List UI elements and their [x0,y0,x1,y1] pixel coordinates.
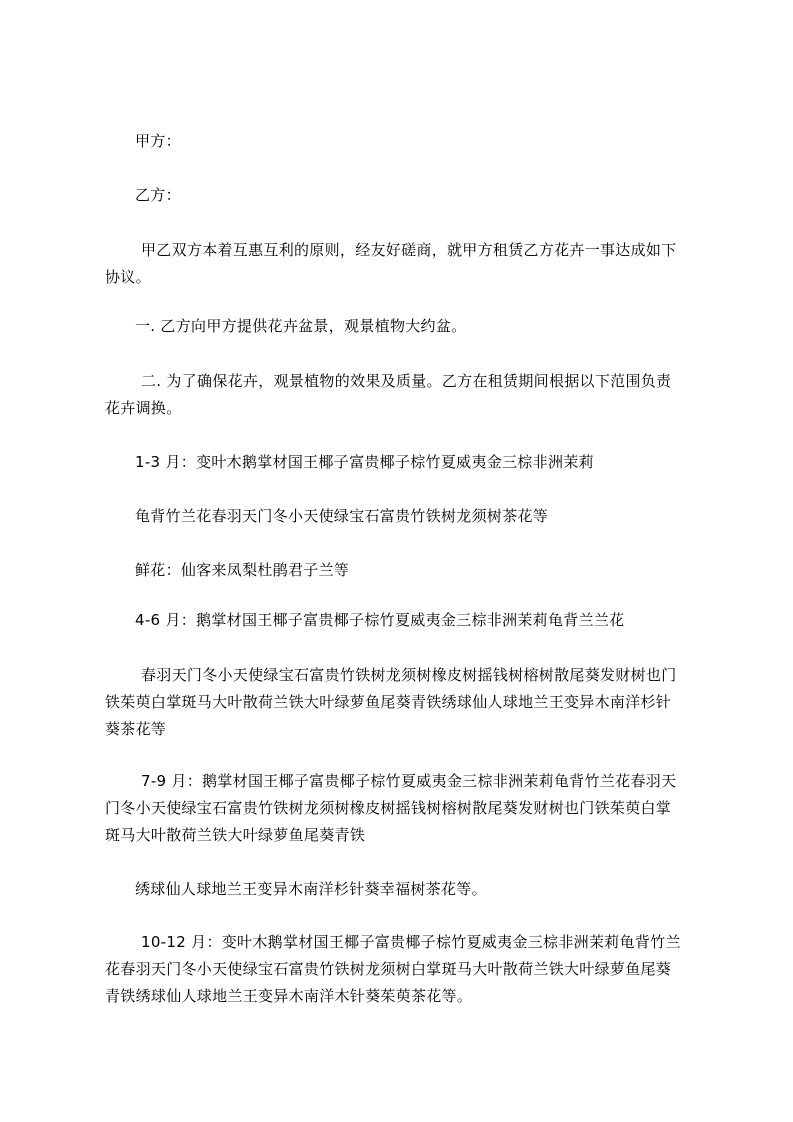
schedule-jul-sep-paragraph: 7-9 月：鹅掌材国王椰子富贵椰子棕竹夏威夷金三棕非洲茉莉龟背竹兰花春羽天 门冬… [105,768,705,849]
apr-jun-cont-line-2: 铁茱萸白掌斑马大叶散荷兰铁大叶绿萝鱼尾葵青铁绣球仙人球地兰王变异木南洋杉针 [105,689,705,716]
intro-line-2: 协议。 [105,264,705,291]
jul-sep-line-2: 门冬小天使绿宝石富贵竹铁树龙须树橡皮树摇钱树榕树散尾葵发财树也门铁茱萸白掌 [105,795,705,822]
schedule-jan-mar-line-1: 1-3 月：变叶木鹅掌材国王椰子富贵椰子棕竹夏威夷金三棕非洲茉莉 [135,449,735,476]
clause-2-paragraph: 二. 为了确保花卉，观景植物的效果及质量。乙方在租赁期间根据以下范围负责 花卉调… [105,368,705,422]
intro-paragraph: 甲乙双方本着互惠互利的原则，经友好磋商，就甲方租赁乙方花卉一事达成如下 协议。 [105,237,705,291]
oct-dec-line-1: 10-12 月：变叶木鹅掌材国王椰子富贵椰子棕竹夏威夷金三棕非洲茉莉龟背竹兰 [105,929,705,956]
document-page: 甲方： 乙方： 甲乙双方本着互惠互利的原则，经友好磋商，就甲方租赁乙方花卉一事达… [0,0,793,1122]
jul-sep-continuation: 绣球仙人球地兰王变异木南洋杉针葵幸福树茶花等。 [135,876,735,903]
schedule-fresh-flowers: 鲜花：仙客来凤梨杜鹃君子兰等 [135,557,735,584]
jul-sep-line-1: 7-9 月：鹅掌材国王椰子富贵椰子棕竹夏威夷金三棕非洲茉莉龟背竹兰花春羽天 [105,768,705,795]
party-a-label: 甲方： [135,128,735,155]
intro-line-1: 甲乙双方本着互惠互利的原则，经友好磋商，就甲方租赁乙方花卉一事达成如下 [105,237,705,264]
schedule-jan-mar-line-2: 龟背竹兰花春羽天门冬小天使绿宝石富贵竹铁树龙须树茶花等 [135,503,735,530]
schedule-oct-dec-paragraph: 10-12 月：变叶木鹅掌材国王椰子富贵椰子棕竹夏威夷金三棕非洲茉莉龟背竹兰 花… [105,929,705,1010]
clause-1: 一. 乙方向甲方提供花卉盆景，观景植物大约盆。 [135,313,735,340]
party-b-label: 乙方： [135,182,735,209]
schedule-apr-jun-continuation: 春羽天门冬小天使绿宝石富贵竹铁树龙须树橡皮树摇钱树榕树散尾葵发财树也门 铁茱萸白… [105,662,705,743]
schedule-apr-jun-line-1: 4-6 月：鹅掌材国王椰子富贵椰子棕竹夏威夷金三棕非洲茉莉龟背兰兰花 [135,607,735,634]
apr-jun-cont-line-3: 葵茶花等 [105,716,705,743]
clause-2-line-2: 花卉调换。 [105,395,705,422]
jul-sep-line-3: 斑马大叶散荷兰铁大叶绿萝鱼尾葵青铁 [105,822,705,849]
oct-dec-line-2: 花春羽天门冬小天使绿宝石富贵竹铁树龙须树白掌斑马大叶散荷兰铁大叶绿萝鱼尾葵 [105,956,705,983]
apr-jun-cont-line-1: 春羽天门冬小天使绿宝石富贵竹铁树龙须树橡皮树摇钱树榕树散尾葵发财树也门 [105,662,705,689]
oct-dec-line-3: 青铁绣球仙人球地兰王变异木南洋木针葵茱萸茶花等。 [105,983,705,1010]
clause-2-line-1: 二. 为了确保花卉，观景植物的效果及质量。乙方在租赁期间根据以下范围负责 [105,368,705,395]
